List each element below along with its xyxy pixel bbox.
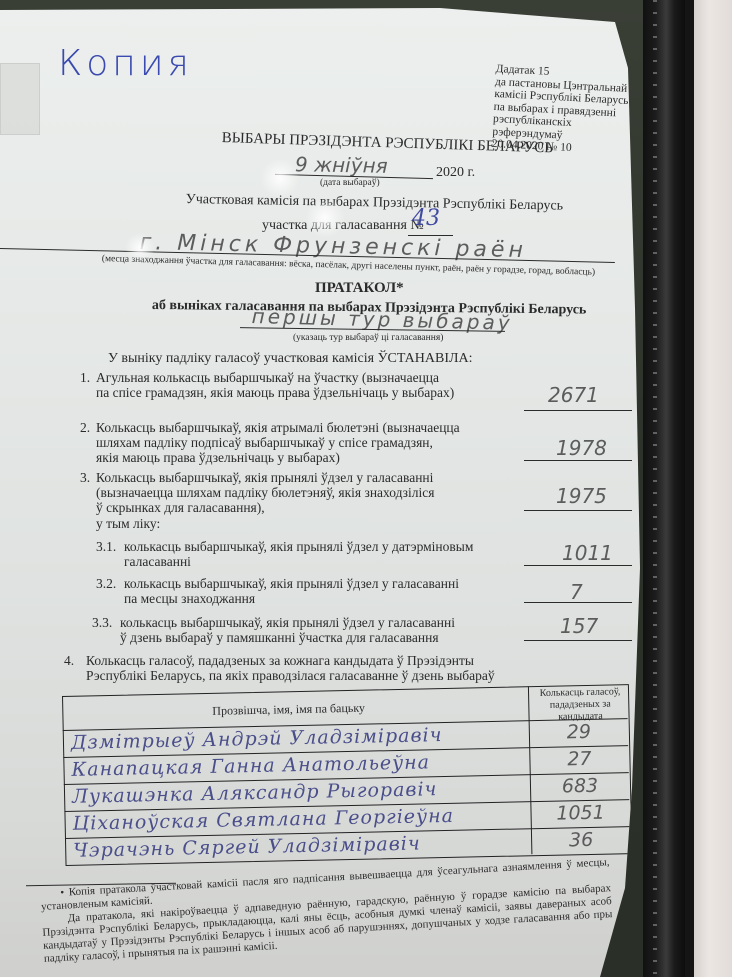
item-4-text: Колькасць галасоў, пададзеных за кожнага…	[86, 653, 495, 683]
item-3-3-value: 157	[560, 614, 598, 638]
round-caption: (указаць тур выбараў ці галасавання)	[293, 333, 443, 343]
column-header-votes: Колькасць галасоў, пададзеных за кандыда…	[534, 686, 627, 724]
item-2-number: 2.	[80, 420, 90, 436]
window-frame-white	[694, 0, 732, 977]
adhesive-tape	[0, 63, 40, 135]
item-1-number: 1.	[80, 370, 90, 386]
candidate-votes-table: Прозвішча, імя, імя па бацьку Колькасць …	[62, 684, 633, 866]
item-1-text: Агульная колькасць выбаршчыкаў на ўчастк…	[96, 370, 454, 400]
item-3-value: 1975	[556, 484, 607, 508]
light-glare	[260, 158, 300, 198]
item-3-text: Колькасць выбаршчыкаў, якія прынялі ўдзе…	[96, 470, 434, 515]
handwritten-copy-mark: Копия	[58, 43, 193, 84]
item-3-2-text: колькасць выбаршчыкаў, якія прынялі ўдзе…	[124, 576, 459, 606]
item-3-number: 3.	[80, 470, 90, 486]
item-3-1-underline	[524, 565, 632, 566]
item-3-2-number: 3.2.	[96, 576, 116, 592]
candidate-votes: 1051	[534, 801, 626, 825]
item-3-underline	[524, 510, 632, 511]
item-3-1-text: колькасць выбаршчыкаў, якія прынялі ўдзе…	[124, 539, 473, 569]
item-3-1-value: 1011	[562, 541, 613, 565]
item-3-2-underline	[524, 602, 632, 603]
precinct-number-handwritten: 43	[412, 206, 440, 231]
light-glare	[125, 233, 155, 263]
item-3-3-text: колькасць выбаршчыкаў, якія прынялі ўдзе…	[120, 615, 455, 645]
protocol-paper: Копия Дадатак 15 да пастановы Цэнтральна…	[0, 8, 640, 977]
protocol-heading: ПРАТАКОЛ*	[315, 280, 404, 297]
item-1-underline	[524, 410, 632, 411]
column-header-name: Прозвішча, імя, імя па бацьку	[212, 701, 365, 719]
candidate-votes: 29	[533, 720, 625, 744]
item-3-3-number: 3.3.	[92, 615, 112, 631]
item-1-value: 2671	[548, 383, 599, 407]
commission-line: Участковая камісія па выбарах Прэзідэнта…	[186, 192, 564, 215]
light-glare	[305, 198, 345, 238]
item-4-number: 4.	[64, 653, 74, 669]
footnote: • Копія пратакола ўчастковай камісіі пас…	[40, 856, 613, 966]
date-caption: (дата выбараў)	[320, 178, 380, 188]
candidate-votes: 27	[533, 747, 625, 771]
window-frame-texture	[653, 0, 657, 977]
established-statement: У выніку падліку галасоў участковая камі…	[108, 351, 473, 367]
item-2-text: Колькасць выбаршчыкаў, якія атрымалі бюл…	[96, 420, 460, 465]
item-2-underline	[524, 460, 632, 461]
item-3-3-underline	[524, 640, 632, 641]
item-2-value: 1978	[556, 436, 607, 460]
sub-items-intro: у тым ліку:	[96, 516, 160, 532]
election-year: 2020 г.	[436, 165, 475, 181]
candidate-votes: 683	[534, 774, 626, 798]
candidate-votes: 36	[535, 828, 627, 852]
item-3-1-number: 3.1.	[96, 539, 116, 555]
window-frame-edge	[685, 0, 694, 977]
window-frame-seal	[643, 0, 685, 977]
item-3-2-value: 7	[570, 580, 583, 604]
